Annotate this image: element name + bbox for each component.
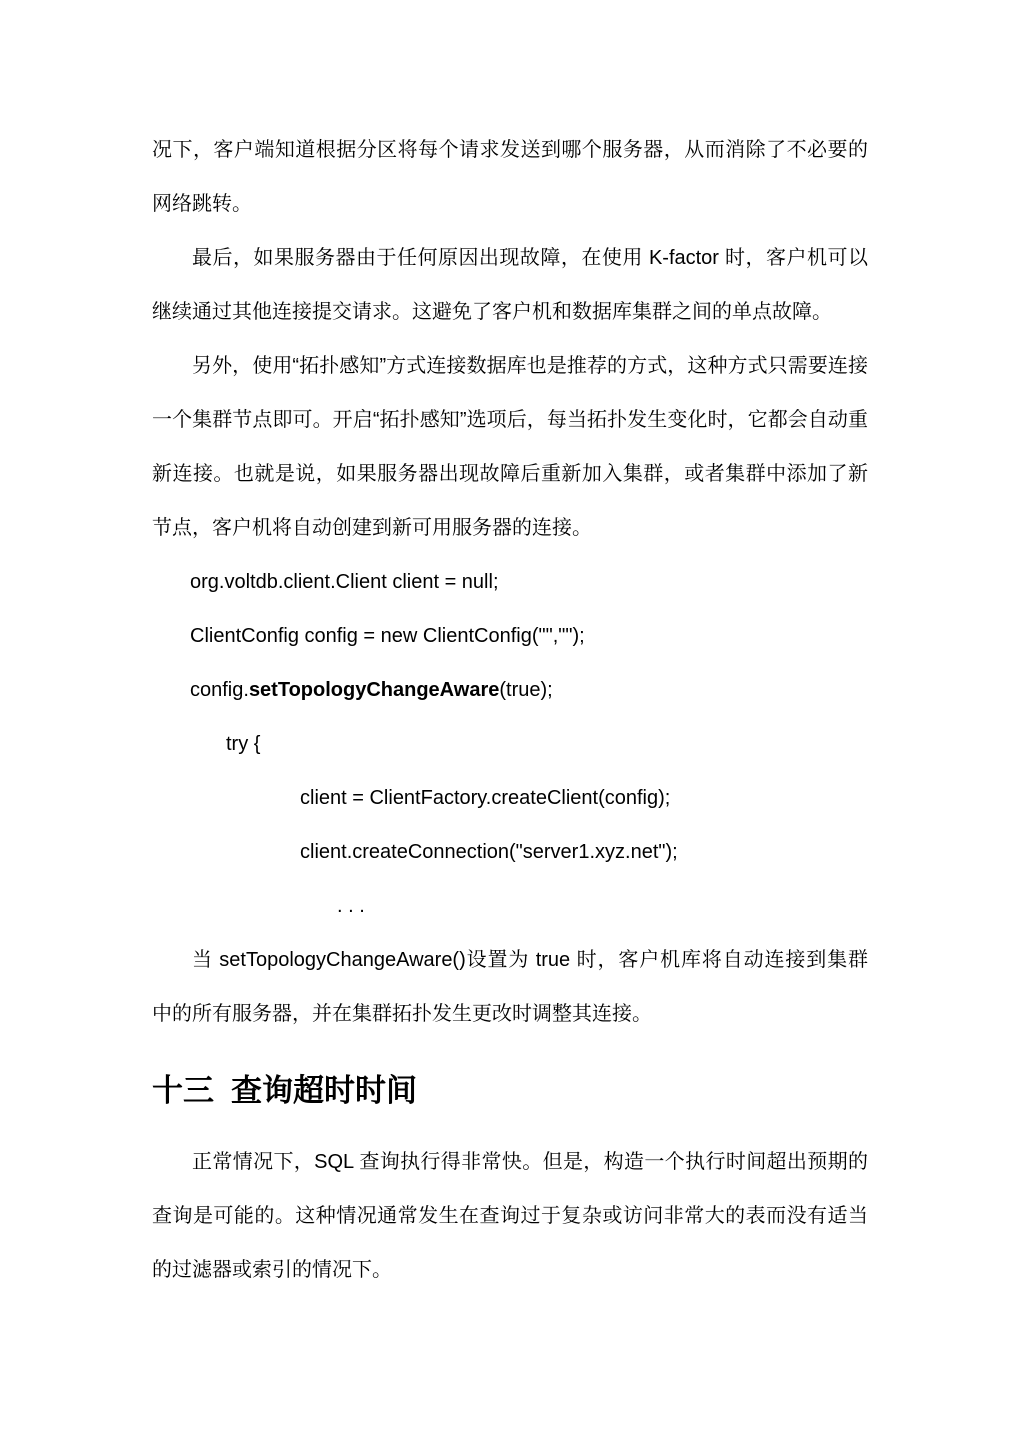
paragraph-topology-summary: 当 setTopologyChangeAware()设置为 true 时，客户机… (152, 933, 868, 1041)
code-line-create-client: client = ClientFactory.createClient(conf… (152, 771, 868, 825)
paragraph-query-timeout-intro: 正常情况下，SQL 查询执行得非常快。但是，构造一个执行时间超出预期的查询是可能… (152, 1135, 868, 1297)
code-text: config. (190, 679, 249, 701)
paragraph-topology-aware: 另外，使用“拓扑感知”方式连接数据库也是推荐的方式，这种方式只需要连接一个集群节… (152, 339, 868, 555)
section-number: 十三 (152, 1073, 214, 1109)
code-block: org.voltdb.client.Client client = null; … (152, 555, 868, 933)
paragraph-continuation: 况下，客户端知道根据分区将每个请求发送到哪个服务器，从而消除了不必要的网络跳转。 (152, 123, 868, 231)
paragraph-k-factor: 最后，如果服务器由于任何原因出现故障，在使用 K-factor 时，客户机可以继… (152, 231, 868, 339)
section-heading: 十三查询超时时间 (152, 1069, 868, 1113)
document-page: 况下，客户端知道根据分区将每个请求发送到哪个服务器，从而消除了不必要的网络跳转。… (0, 0, 1019, 1440)
section-title: 查询超时时间 (231, 1073, 417, 1109)
code-text: (true); (499, 679, 552, 701)
code-line-ellipsis: . . . (152, 879, 868, 933)
code-method-name-bold: setTopologyChangeAware (249, 679, 499, 701)
code-line-try: try { (152, 717, 868, 771)
code-line-set-topology-aware: config.setTopologyChangeAware(true); (152, 663, 868, 717)
code-line-client-declaration: org.voltdb.client.Client client = null; (152, 555, 868, 609)
code-line-create-connection: client.createConnection("server1.xyz.net… (152, 825, 868, 879)
code-line-clientconfig: ClientConfig config = new ClientConfig("… (152, 609, 868, 663)
